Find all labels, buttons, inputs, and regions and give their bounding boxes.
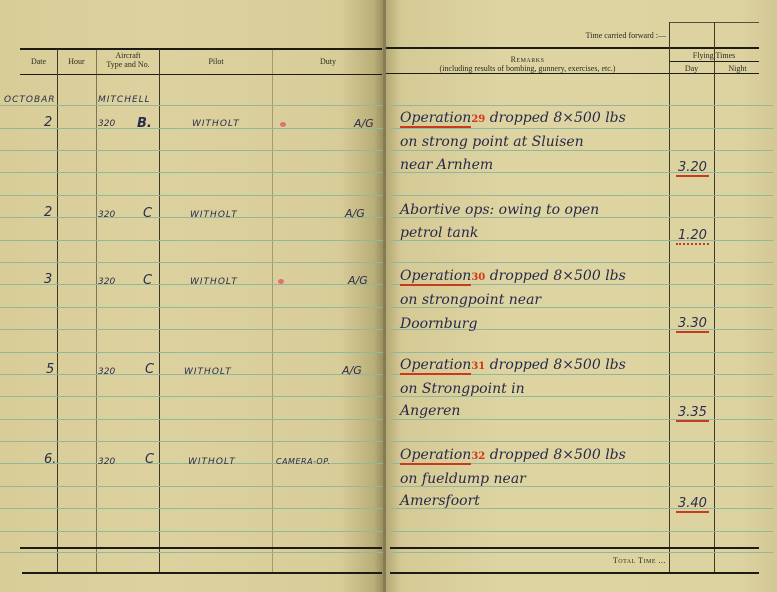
total-time-label: Total Time ... <box>566 556 666 565</box>
ruled-line <box>0 508 383 509</box>
remark-line-1: Operation31 dropped 8×500 lbs <box>400 357 626 373</box>
ruled-line <box>0 352 383 353</box>
ruled-line <box>0 441 383 442</box>
ruled-line <box>0 396 383 397</box>
operation-number: 30 <box>471 272 485 283</box>
logbook-right-page: Time carried forward :— Remarks (includi… <box>386 0 777 592</box>
ruled-line <box>0 240 383 241</box>
red-mark <box>278 279 284 284</box>
row-aircraft-number: 320 <box>98 119 115 129</box>
remark-line-2: on Strongpoint in <box>400 381 525 397</box>
row-date: 2 <box>44 205 52 220</box>
ruled-line <box>390 419 773 420</box>
ruled-line <box>0 329 383 330</box>
day-time: 3.20 <box>676 160 709 177</box>
month-label: OCTOBAR <box>4 95 56 105</box>
row-aircraft-letter: B. <box>137 116 152 131</box>
remarks-subheader: (including results of bombing, gunnery, … <box>386 64 669 73</box>
ruled-line <box>0 531 383 532</box>
ruled-line <box>0 172 383 173</box>
col-header-hour: Hour <box>58 57 95 66</box>
header-top-rule <box>20 48 382 50</box>
row-pilot: WITHOLT <box>190 210 238 220</box>
operation-number: 29 <box>471 114 485 125</box>
row-pilot: WITHOLT <box>192 119 240 129</box>
ruled-line <box>390 352 773 353</box>
footer-bottom-rule <box>22 572 382 574</box>
footer-rule <box>390 547 759 549</box>
remark-line-1: Operation30 dropped 8×500 lbs <box>400 268 626 284</box>
row-date: 2 <box>44 115 52 130</box>
col-header-pilot: Pilot <box>160 57 272 66</box>
remark-line-3: Amersfoort <box>400 493 480 509</box>
row-aircraft-letter: C <box>145 362 154 377</box>
row-pilot: WITHOLT <box>190 277 238 287</box>
day-time: 3.30 <box>676 316 709 333</box>
ruled-line <box>0 419 383 420</box>
row-aircraft-number: 320 <box>98 277 115 287</box>
footer-rule <box>20 547 382 549</box>
remark-text: dropped 8×500 lbs <box>490 447 626 463</box>
logbook-left-page: Date Hour Aircraft Type and No. Pilot Du… <box>0 0 386 592</box>
remark-line-3: near Arnhem <box>400 157 493 173</box>
header-bottom-rule <box>386 73 759 74</box>
row-duty: A/G <box>342 364 362 377</box>
ruled-line <box>0 150 383 151</box>
row-date: 6. <box>44 452 56 467</box>
night-header: Night <box>715 64 760 73</box>
col-header-date: Date <box>20 57 57 66</box>
footer-bottom-rule <box>390 572 759 574</box>
row-pilot: WITHOLT <box>188 457 236 467</box>
remark-line-1: Operation32 dropped 8×500 lbs <box>400 447 626 463</box>
header-top-rule <box>386 47 759 49</box>
operation-number: 32 <box>471 451 485 462</box>
row-aircraft-letter: C <box>143 273 152 288</box>
day-time: 3.40 <box>676 496 709 513</box>
row-date: 5 <box>46 362 54 377</box>
ruled-line <box>390 262 773 263</box>
ruled-line <box>390 128 773 129</box>
ruled-line <box>0 552 383 553</box>
remarks-header: Remarks <box>386 55 669 64</box>
ruled-line <box>0 307 383 308</box>
row-duty: CAMERA-OP. <box>276 457 331 466</box>
red-mark <box>280 122 286 127</box>
day-time: 3.35 <box>676 405 709 422</box>
ruled-line <box>0 262 383 263</box>
operation-word: Operation <box>400 447 471 465</box>
header-bottom-rule <box>20 74 382 75</box>
row-aircraft-letter: C <box>143 206 152 221</box>
row-aircraft-letter: C <box>145 452 154 467</box>
remark-text: dropped 8×500 lbs <box>490 110 626 126</box>
ruled-line <box>390 531 773 532</box>
ruled-line <box>390 441 773 442</box>
day-time: 1.20 <box>676 228 709 245</box>
remark-line-2: on fueldump near <box>400 471 526 487</box>
ruled-line <box>390 195 773 196</box>
row-pilot: WITHOLT <box>184 367 232 377</box>
day-header: Day <box>669 64 714 73</box>
row-aircraft-number: 320 <box>98 367 115 377</box>
ruled-line <box>0 195 383 196</box>
remark-line-1: Abortive ops: owing to open <box>400 202 599 218</box>
operation-word: Operation <box>400 357 471 375</box>
col-header-duty: Duty <box>273 57 383 66</box>
row-date: 3 <box>44 272 52 287</box>
remark-line-2: petrol tank <box>400 225 478 241</box>
operation-word: Operation <box>400 110 471 128</box>
ruled-line <box>0 105 383 106</box>
aircraft-type: MITCHELL <box>98 95 151 105</box>
ruled-line <box>390 552 773 553</box>
remark-line-2: on strongpoint near <box>400 292 541 308</box>
ruled-line <box>390 105 773 106</box>
remark-text: dropped 8×500 lbs <box>490 268 626 284</box>
row-duty: A/G <box>354 117 374 130</box>
remark-line-3: Doornburg <box>400 316 477 332</box>
operation-number: 31 <box>471 361 485 372</box>
operation-word: Operation <box>400 268 471 286</box>
ruled-line <box>0 486 383 487</box>
time-carried-forward-label: Time carried forward :— <box>536 31 666 40</box>
remark-line-1: Operation29 dropped 8×500 lbs <box>400 110 626 126</box>
row-duty: A/G <box>348 274 368 287</box>
row-aircraft-number: 320 <box>98 457 115 467</box>
remark-line-3: Angeren <box>400 403 460 419</box>
col-header-aircraft-line1: Aircraft <box>96 51 160 60</box>
col-header-aircraft-line2: Type and No. <box>96 60 160 69</box>
row-aircraft-number: 320 <box>98 210 115 220</box>
ruled-line <box>390 150 773 151</box>
remark-line-2: on strong point at Sluisen <box>400 134 584 150</box>
remark-text: dropped 8×500 lbs <box>490 357 626 373</box>
row-duty: A/G <box>345 207 365 220</box>
